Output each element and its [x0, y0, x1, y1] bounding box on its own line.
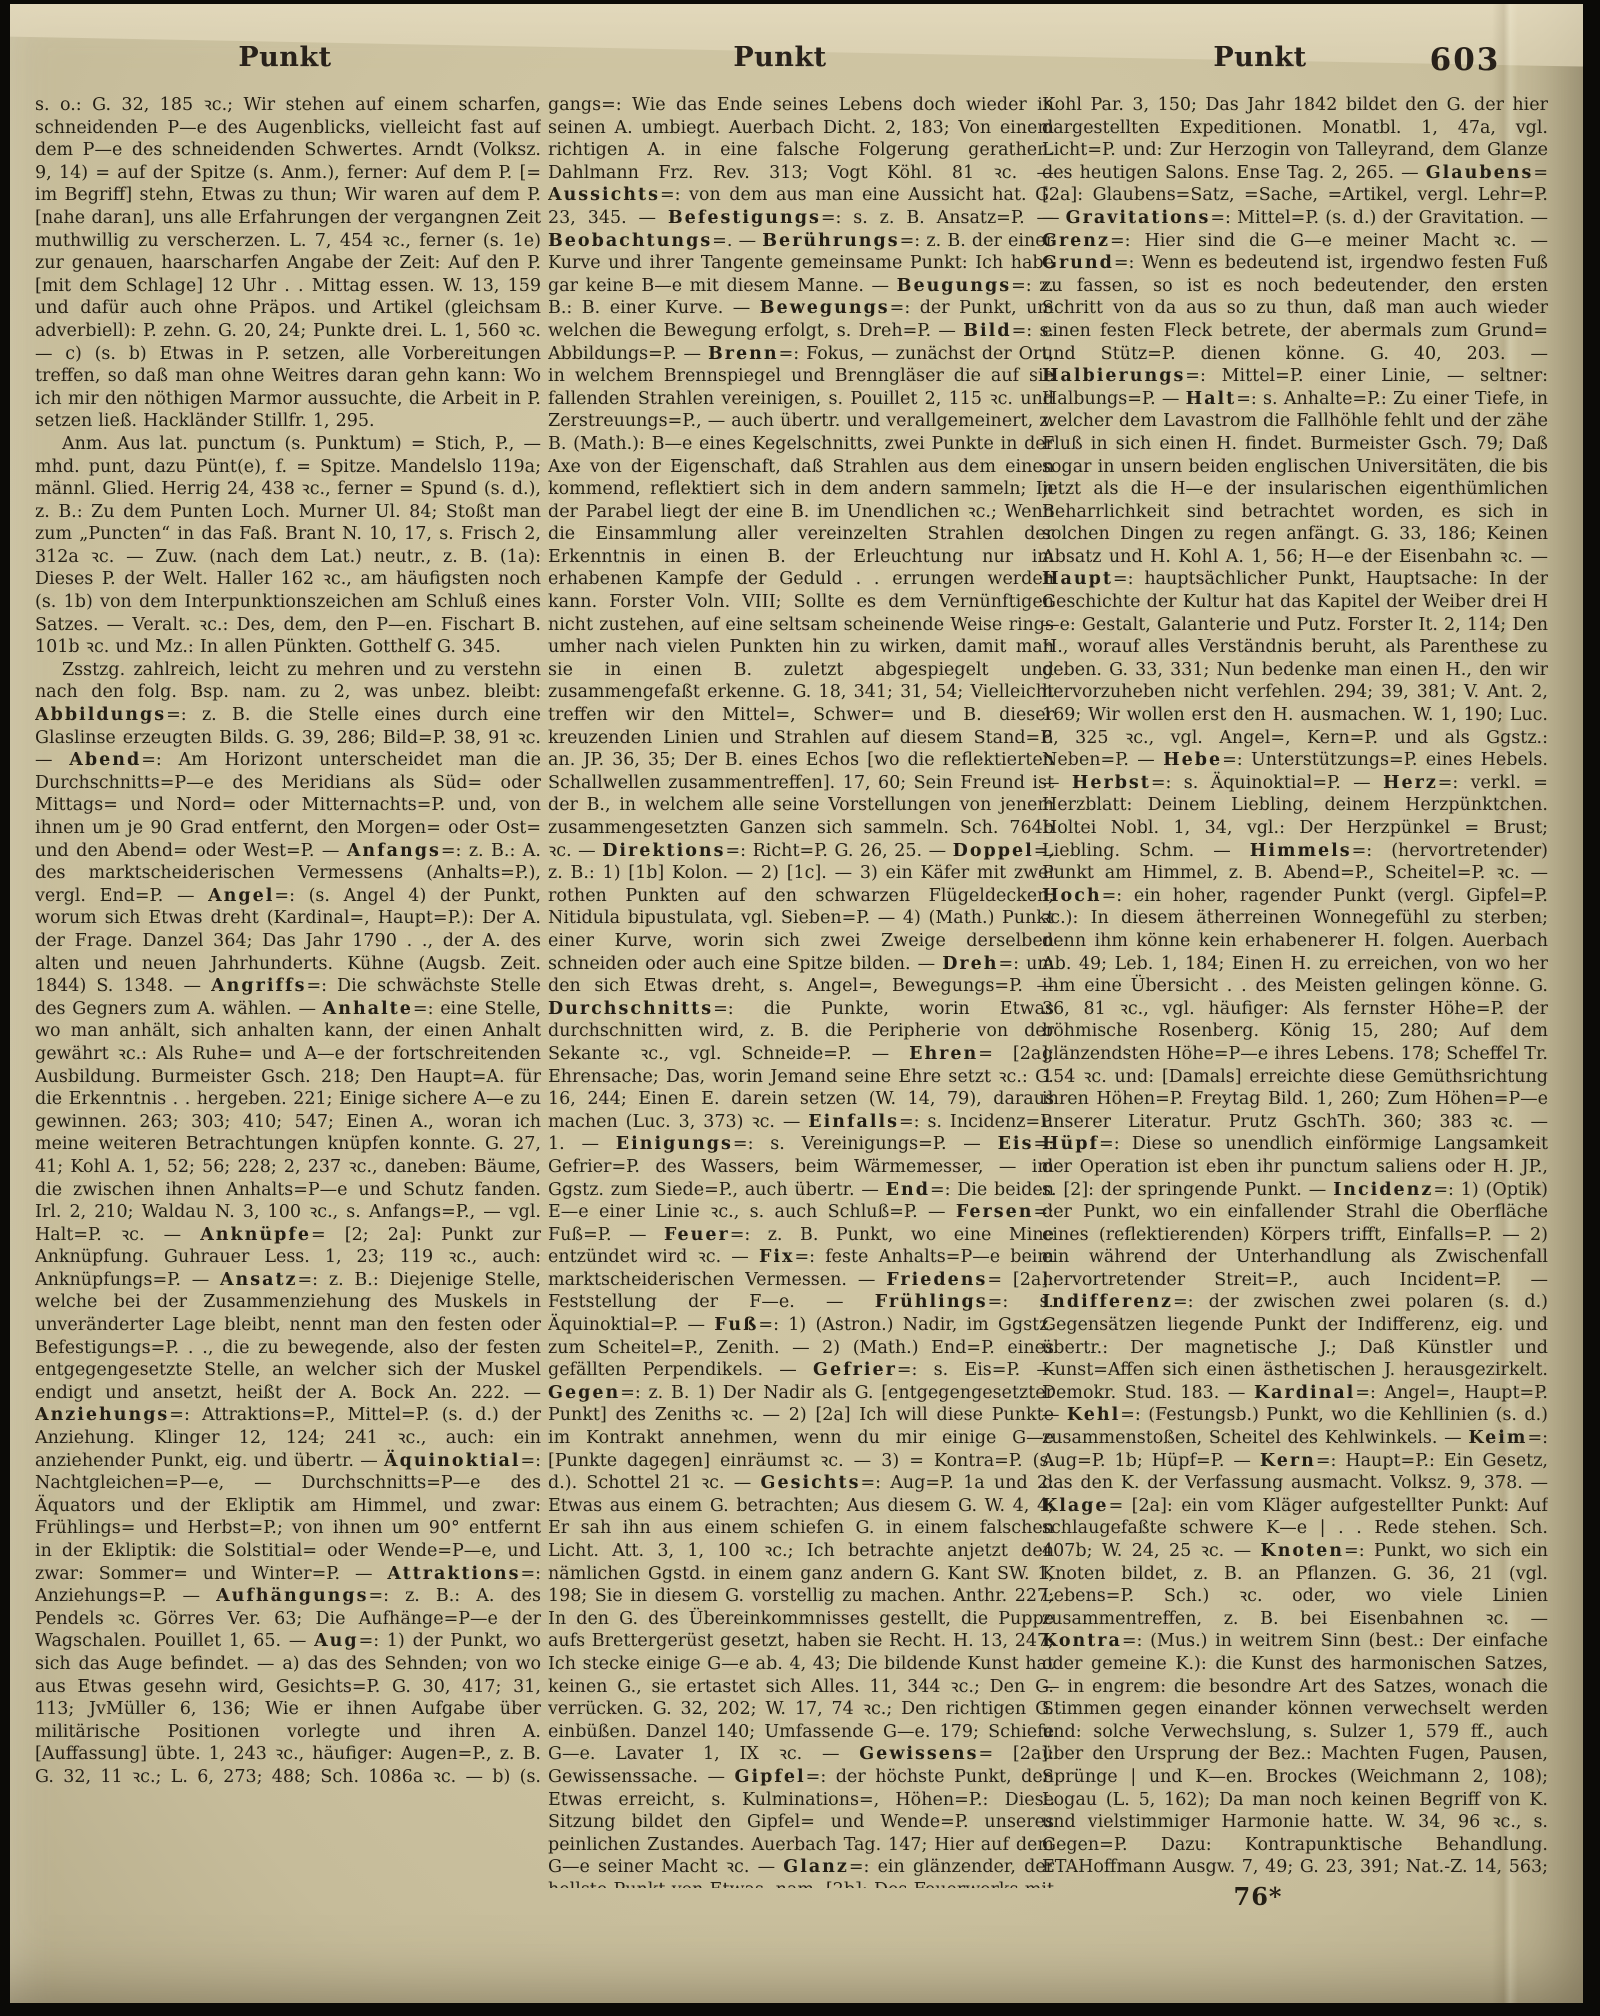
page-number: 603: [1430, 42, 1501, 78]
signature-mark: 76*: [1234, 1882, 1283, 1911]
running-head-column2: Punkt: [733, 42, 826, 73]
text-column-3: Kohl Par. 3, 150; Das Jahr 1842 bildet d…: [1042, 94, 1548, 1880]
entry-paragraph-zsstzg: Zsstzg. zahlreich, leicht zu mehren und …: [35, 659, 541, 1786]
book-scan: { "page": { "running_head": ["Punkt", "P…: [0, 0, 1600, 2016]
text-column-2: gangs=: Wie das Ende seines Lebens doch …: [548, 94, 1054, 1888]
entry-paragraph-anm: Anm. Aus lat. punctum (s. Punktum) = Sti…: [35, 433, 541, 659]
text-column-1: s. o.: G. 32, 185 ꝛc.; Wir stehen auf ei…: [35, 94, 541, 1786]
running-head-row: Punkt Punkt Punkt 603: [10, 42, 1583, 82]
running-head-column3: Punkt: [1213, 42, 1306, 73]
scanned-page: Punkt Punkt Punkt 603 s. o.: G. 32, 185 …: [10, 4, 1583, 2003]
running-head-column1: Punkt: [238, 42, 331, 73]
entry-paragraph: Kohl Par. 3, 150; Das Jahr 1842 bildet d…: [1042, 94, 1548, 1880]
entry-paragraph: gangs=: Wie das Ende seines Lebens doch …: [548, 94, 1054, 1888]
entry-paragraph: s. o.: G. 32, 185 ꝛc.; Wir stehen auf ei…: [35, 94, 541, 433]
